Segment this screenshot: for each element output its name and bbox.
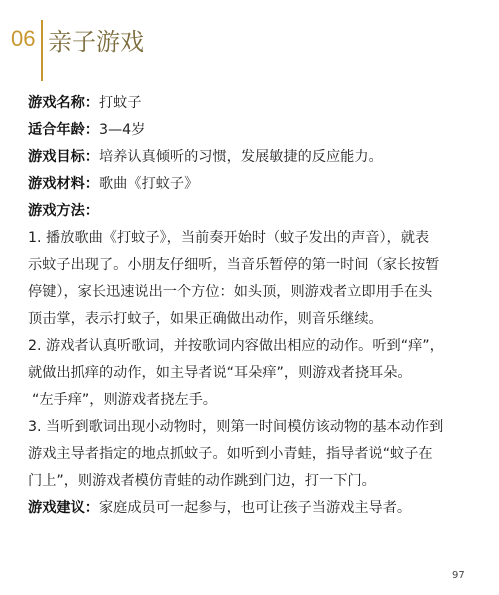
- game-description: 游戏名称：打蚊子 适合年龄：3—4岁 游戏目标：培养认真倾听的习惯，发展敏捷的反…: [28, 90, 478, 522]
- step-line: 停键），家长迅速说出一个方位：如头顶，则游戏者立即用手在头: [28, 279, 478, 306]
- field-game-name: 游戏名称：打蚊子: [28, 90, 478, 117]
- field-label: 游戏名称：: [28, 95, 99, 111]
- step-line: “左手痒”，则游戏者挠左手。: [28, 387, 478, 414]
- field-value: 培养认真倾听的习惯，发展敏捷的反应能力。: [99, 149, 383, 165]
- header-divider: [41, 20, 43, 81]
- step-line: 游戏主导者指定的地点抓蚊子。如听到小青蛙，指导者说“蚊子在: [28, 441, 478, 468]
- step-line: 就做出抓痒的动作，如主导者说“耳朵痒”，则游戏者挠耳朵。: [28, 360, 478, 387]
- field-suitable-age: 适合年龄：3—4岁: [28, 117, 478, 144]
- method-step-2: 2. 游戏者认真听歌词，并按歌词内容做出相应的动作。听到“痒”， 就做出抓痒的动…: [28, 333, 478, 414]
- chapter-title: 亲子游戏: [48, 22, 144, 57]
- method-step-1: 1. 播放歌曲《打蚊子》，当前奏开始时（蚊子发出的声音），就表 示蚊子出现了。小…: [28, 225, 478, 333]
- field-label: 游戏方法：: [28, 203, 99, 219]
- step-line: 顶击掌，表示打蚊子，如果正确做出动作，则音乐继续。: [28, 306, 478, 333]
- field-game-goal: 游戏目标：培养认真倾听的习惯，发展敏捷的反应能力。: [28, 144, 478, 171]
- chapter-header: 06 亲子游戏: [0, 0, 499, 90]
- field-value: 歌曲《打蚊子》: [99, 176, 198, 192]
- field-game-method: 游戏方法：: [28, 198, 478, 225]
- field-value: 家庭成员可一起参与，也可让孩子当游戏主导者。: [99, 500, 411, 516]
- step-line: 门上”，则游戏者模仿青蛙的动作跳到门边，打一下门。: [28, 468, 478, 495]
- chapter-number: 06: [11, 26, 35, 52]
- field-label: 游戏材料：: [28, 176, 99, 192]
- method-step-3: 3. 当听到歌词出现小动物时，则第一时间模仿该动物的基本动作到 游戏主导者指定的…: [28, 414, 478, 495]
- field-game-materials: 游戏材料：歌曲《打蚊子》: [28, 171, 478, 198]
- step-line: 示蚊子出现了。小朋友仔细听，当音乐暂停的第一时间（家长按暂: [28, 252, 478, 279]
- field-label: 游戏建议：: [28, 500, 99, 516]
- field-value: 3—4岁: [99, 122, 145, 138]
- field-label: 游戏目标：: [28, 149, 99, 165]
- field-game-suggestion: 游戏建议：家庭成员可一起参与，也可让孩子当游戏主导者。: [28, 495, 478, 522]
- field-value: 打蚊子: [99, 95, 142, 111]
- field-label: 适合年龄：: [28, 122, 99, 138]
- step-line: 2. 游戏者认真听歌词，并按歌词内容做出相应的动作。听到“痒”，: [28, 333, 478, 360]
- step-line: 1. 播放歌曲《打蚊子》，当前奏开始时（蚊子发出的声音），就表: [28, 225, 478, 252]
- step-line: 3. 当听到歌词出现小动物时，则第一时间模仿该动物的基本动作到: [28, 414, 478, 441]
- page-number: 97: [452, 570, 465, 581]
